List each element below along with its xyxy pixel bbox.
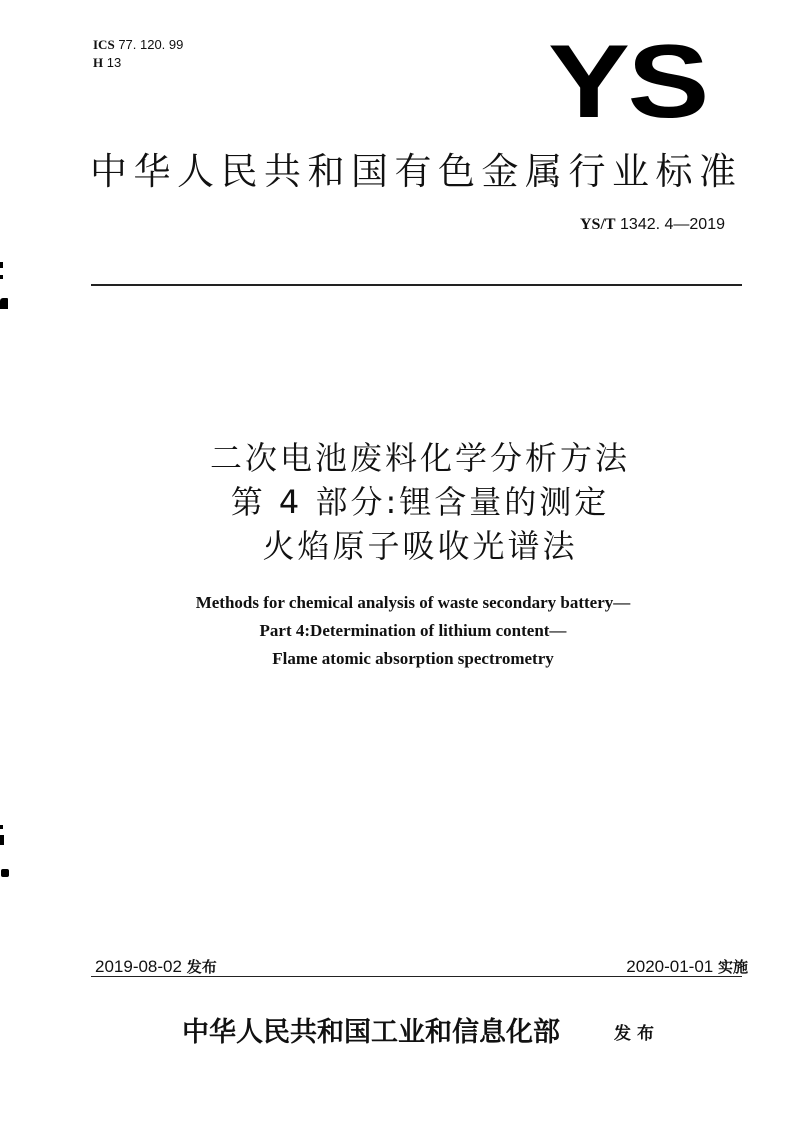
cn-title-line-2: 第 4 部分:锂含量的测定: [0, 480, 800, 524]
scan-artifact: [0, 275, 3, 279]
scan-artifact: [1, 869, 9, 877]
ics-code: ICS 77. 120. 99: [93, 36, 183, 54]
ys-logo: YS: [548, 32, 737, 132]
scan-artifact: [0, 298, 8, 309]
issue-date: 2019-08-02 发布: [95, 956, 217, 977]
publish-label: 发布: [614, 1019, 660, 1044]
footer-divider: [91, 976, 742, 977]
publisher-name: 中华人民共和国工业和信息化部: [182, 1010, 560, 1049]
header-divider: [91, 284, 742, 286]
standard-number: YS/T 1342. 4—2019: [580, 216, 725, 234]
org-title: 中华人民共和国有色金属行业标准: [90, 148, 750, 196]
classification-codes: ICS 77. 120. 99 H 13: [93, 36, 183, 72]
scan-artifact: [0, 262, 3, 268]
effective-date: 2020-01-01 实施: [626, 956, 748, 977]
en-title-line-2: Part 4:Determination of lithium content—: [0, 616, 800, 645]
scan-artifact: [0, 835, 4, 845]
en-title-line-1: Methods for chemical analysis of waste s…: [0, 588, 800, 617]
ccs-code: H 13: [93, 54, 183, 72]
scan-artifact: [0, 825, 3, 829]
cn-title-line-1: 二次电池废料化学分析方法: [0, 436, 800, 480]
cn-title-line-3: 火焰原子吸收光谱法: [0, 524, 800, 568]
en-title-line-3: Flame atomic absorption spectrometry: [0, 644, 800, 673]
